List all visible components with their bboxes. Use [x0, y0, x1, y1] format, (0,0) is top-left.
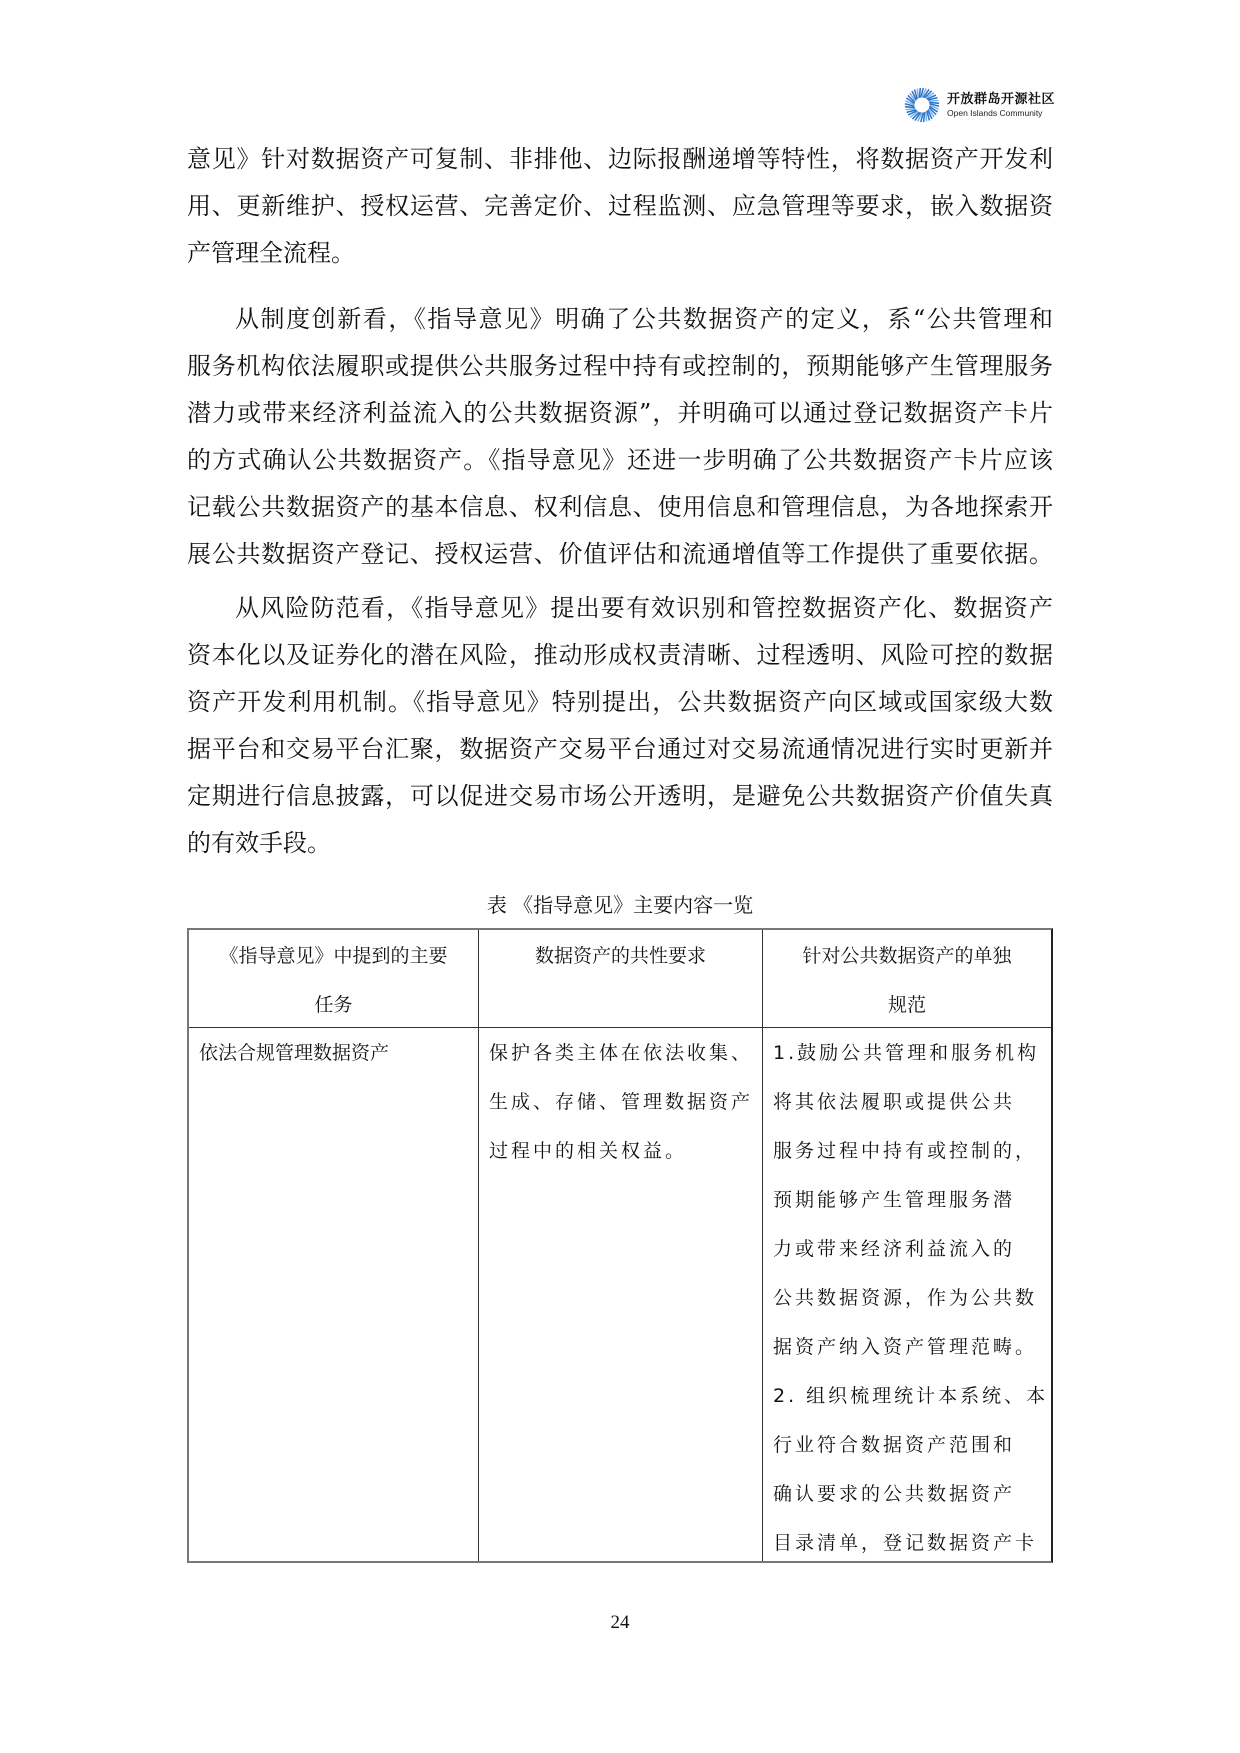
text-line: 从风险防范看，《指导意见》提出要有效识别和管控数据资产化、数据资产	[187, 585, 1053, 632]
text-line: 潜力或带来经济利益流入的公共数据资源”，并明确可以通过登记数据资产卡片	[187, 390, 1053, 437]
text-line: 资本化以及证券化的潜在风险，推动形成权责清晰、过程透明、风险可控的数据	[187, 632, 1053, 679]
text-line: 产管理全流程。	[187, 230, 1053, 277]
text-line: 从制度创新看，《指导意见》明确了公共数据资产的定义，系“公共管理和	[187, 296, 1053, 343]
text-line: 定期进行信息披露，可以促进交易市场公开透明，是避免公共数据资产价值失真	[187, 773, 1053, 820]
table-cell-specific-norm: 1.鼓励公共管理和服务机构 将其依法履职或提供公共 服务过程中持有或控制的， 预…	[773, 1029, 1048, 1568]
paragraph-1: 意见》针对数据资产可复制、非排他、边际报酬递增等特性，将数据资产开发利 用、更新…	[187, 136, 1053, 277]
paragraph-risk-prevention: 从风险防范看，《指导意见》提出要有效识别和管控数据资产化、数据资产 资本化以及证…	[187, 585, 1053, 867]
text-line: 的方式确认公共数据资产。《指导意见》还进一步明确了公共数据资产卡片应该	[187, 437, 1053, 484]
paragraph-institutional-innovation: 从制度创新看，《指导意见》明确了公共数据资产的定义，系“公共管理和 服务机构依法…	[187, 296, 1053, 578]
text-line: 记载公共数据资产的基本信息、权利信息、使用信息和管理信息，为各地探索开	[187, 484, 1053, 531]
logo-english-name: Open Islands Community	[947, 109, 1055, 118]
table-caption: 表 《指导意见》主要内容一览	[187, 887, 1053, 923]
text-line: 的有效手段。	[187, 820, 1053, 867]
page-number: 24	[0, 1612, 1240, 1634]
community-logo: 开放群岛开源社区 Open Islands Community	[903, 86, 1055, 124]
header-cell-main-tasks: 《指导意见》中提到的主要 任务	[189, 932, 478, 1030]
logo-chinese-name: 开放群岛开源社区	[947, 93, 1055, 106]
document-page: 开放群岛开源社区 Open Islands Community 意见》针对数据资…	[0, 0, 1240, 1753]
column-divider	[478, 930, 479, 1561]
guidance-content-table: 《指导意见》中提到的主要 任务 数据资产的共性要求 针对公共数据资产的单独 规范…	[187, 928, 1053, 1563]
text-line: 展公共数据资产登记、授权运营、价值评估和流通增值等工作提供了重要依据。	[187, 531, 1053, 578]
sunburst-logo-icon	[903, 86, 941, 124]
table-cell-common-requirement: 保护各类主体在依法收集、 生成、存储、管理数据资产 过程中的相关权益。	[489, 1029, 759, 1176]
header-cell-specific-norms: 针对公共数据资产的单独 规范	[763, 932, 1051, 1030]
text-line: 意见》针对数据资产可复制、非排他、边际报酬递增等特性，将数据资产开发利	[187, 136, 1053, 183]
header-cell-common-requirements: 数据资产的共性要求	[479, 932, 762, 981]
text-line: 资产开发利用机制。《指导意见》特别提出，公共数据资产向区域或国家级大数	[187, 679, 1053, 726]
table-cell-task: 依法合规管理数据资产	[199, 1029, 474, 1078]
text-line: 据平台和交易平台汇聚，数据资产交易平台通过对交易流通情况进行实时更新并	[187, 726, 1053, 773]
text-line: 用、更新维护、授权运营、完善定价、过程监测、应急管理等要求，嵌入数据资	[187, 183, 1053, 230]
text-line: 服务机构依法履职或提供公共服务过程中持有或控制的，预期能够产生管理服务	[187, 343, 1053, 390]
